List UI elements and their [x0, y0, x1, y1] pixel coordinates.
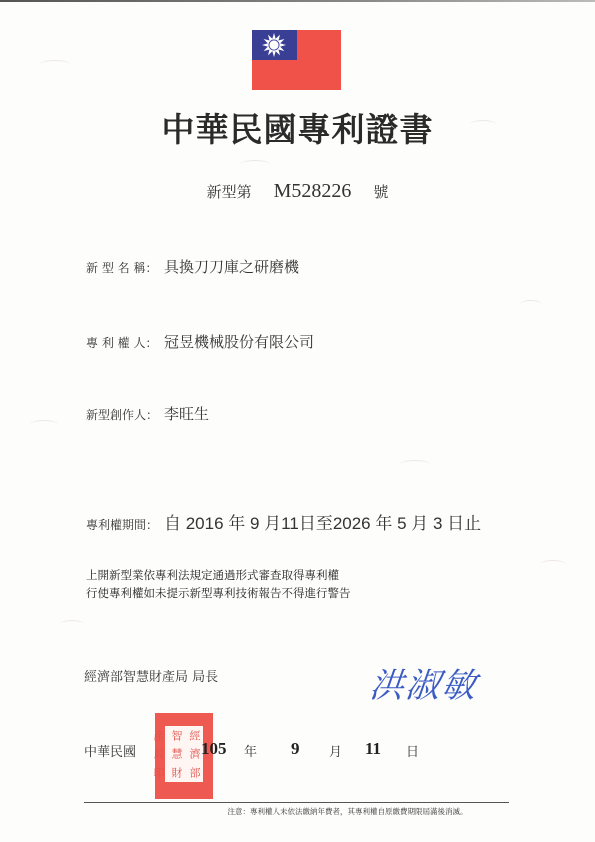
field-patent-term: 專利權期間： 自 2016 年 9 月11日至2026 年 5 月 3 日止 — [86, 509, 481, 534]
year-unit: 年 — [244, 741, 257, 760]
issuing-agency: 經濟部智慧財產局 局長 — [84, 666, 218, 685]
white-sun-icon — [259, 32, 289, 58]
flag-canton — [252, 30, 297, 60]
top-border-line — [0, 0, 595, 2]
seal-char: 印 — [149, 763, 167, 782]
paper-fiber — [40, 60, 70, 69]
patent-number: M528226 — [274, 180, 352, 202]
patent-number-prefix: 新型第 — [207, 183, 252, 201]
notice-line: 上開新型業依專利法規定通過形式審查取得專利權 — [86, 566, 351, 584]
field-patentee: 專 利 權 人： 冠昱機械股份有限公司 — [86, 331, 314, 352]
field-label: 專利權期間： — [86, 516, 164, 533]
roc-flag — [252, 30, 341, 90]
field-label: 新型創作人： — [86, 406, 164, 423]
paper-fiber — [400, 460, 430, 469]
field-value: 自 2016 年 9 月11日至2026 年 5 月 3 日止 — [164, 509, 481, 534]
field-utility-model-name: 新 型 名 稱： 具換刀刀庫之研磨機 — [86, 256, 299, 277]
field-value: 李旺生 — [164, 403, 209, 424]
director-signature: 洪淑敏 — [367, 658, 480, 707]
field-value: 具換刀刀庫之研磨機 — [164, 256, 299, 277]
patent-number-line: 新型第M528226號 — [0, 180, 595, 203]
issue-year: 105 — [201, 739, 227, 759]
footer-divider — [84, 802, 509, 803]
paper-fiber — [540, 560, 566, 569]
field-creator: 新型創作人： 李旺生 — [86, 403, 209, 424]
field-value: 冠昱機械股份有限公司 — [164, 331, 314, 352]
notice-line: 行使專利權如未提示新型專利技術報告不得進行警告 — [86, 584, 351, 602]
issue-day: 11 — [365, 739, 381, 759]
field-label: 新 型 名 稱： — [86, 259, 164, 276]
era-label: 中華民國 — [84, 741, 136, 760]
grant-notice: 上開新型業依專利法規定通過形式審查取得專利權 行使專利權如未提示新型專利技術報告… — [86, 566, 351, 602]
day-unit: 日 — [406, 741, 419, 760]
paper-fiber — [240, 160, 270, 169]
month-unit: 月 — [329, 741, 342, 760]
certificate-title: 中華民國專利證書 — [0, 104, 595, 151]
seal-char: 部 — [185, 763, 203, 782]
paper-fiber — [60, 620, 84, 629]
patent-number-suffix: 號 — [373, 183, 388, 201]
paper-fiber — [30, 420, 58, 429]
footnote: 注意：專利權人未依法繳納年費者，其專利權自原繳費期限屆滿後消滅。 — [0, 806, 595, 817]
issue-month: 9 — [291, 739, 300, 759]
issue-date: 中華民國 105 年 9 月 11 日 — [84, 741, 424, 765]
seal-char: 財 — [167, 763, 185, 782]
field-label: 專 利 權 人： — [86, 334, 164, 351]
paper-fiber — [520, 300, 542, 309]
